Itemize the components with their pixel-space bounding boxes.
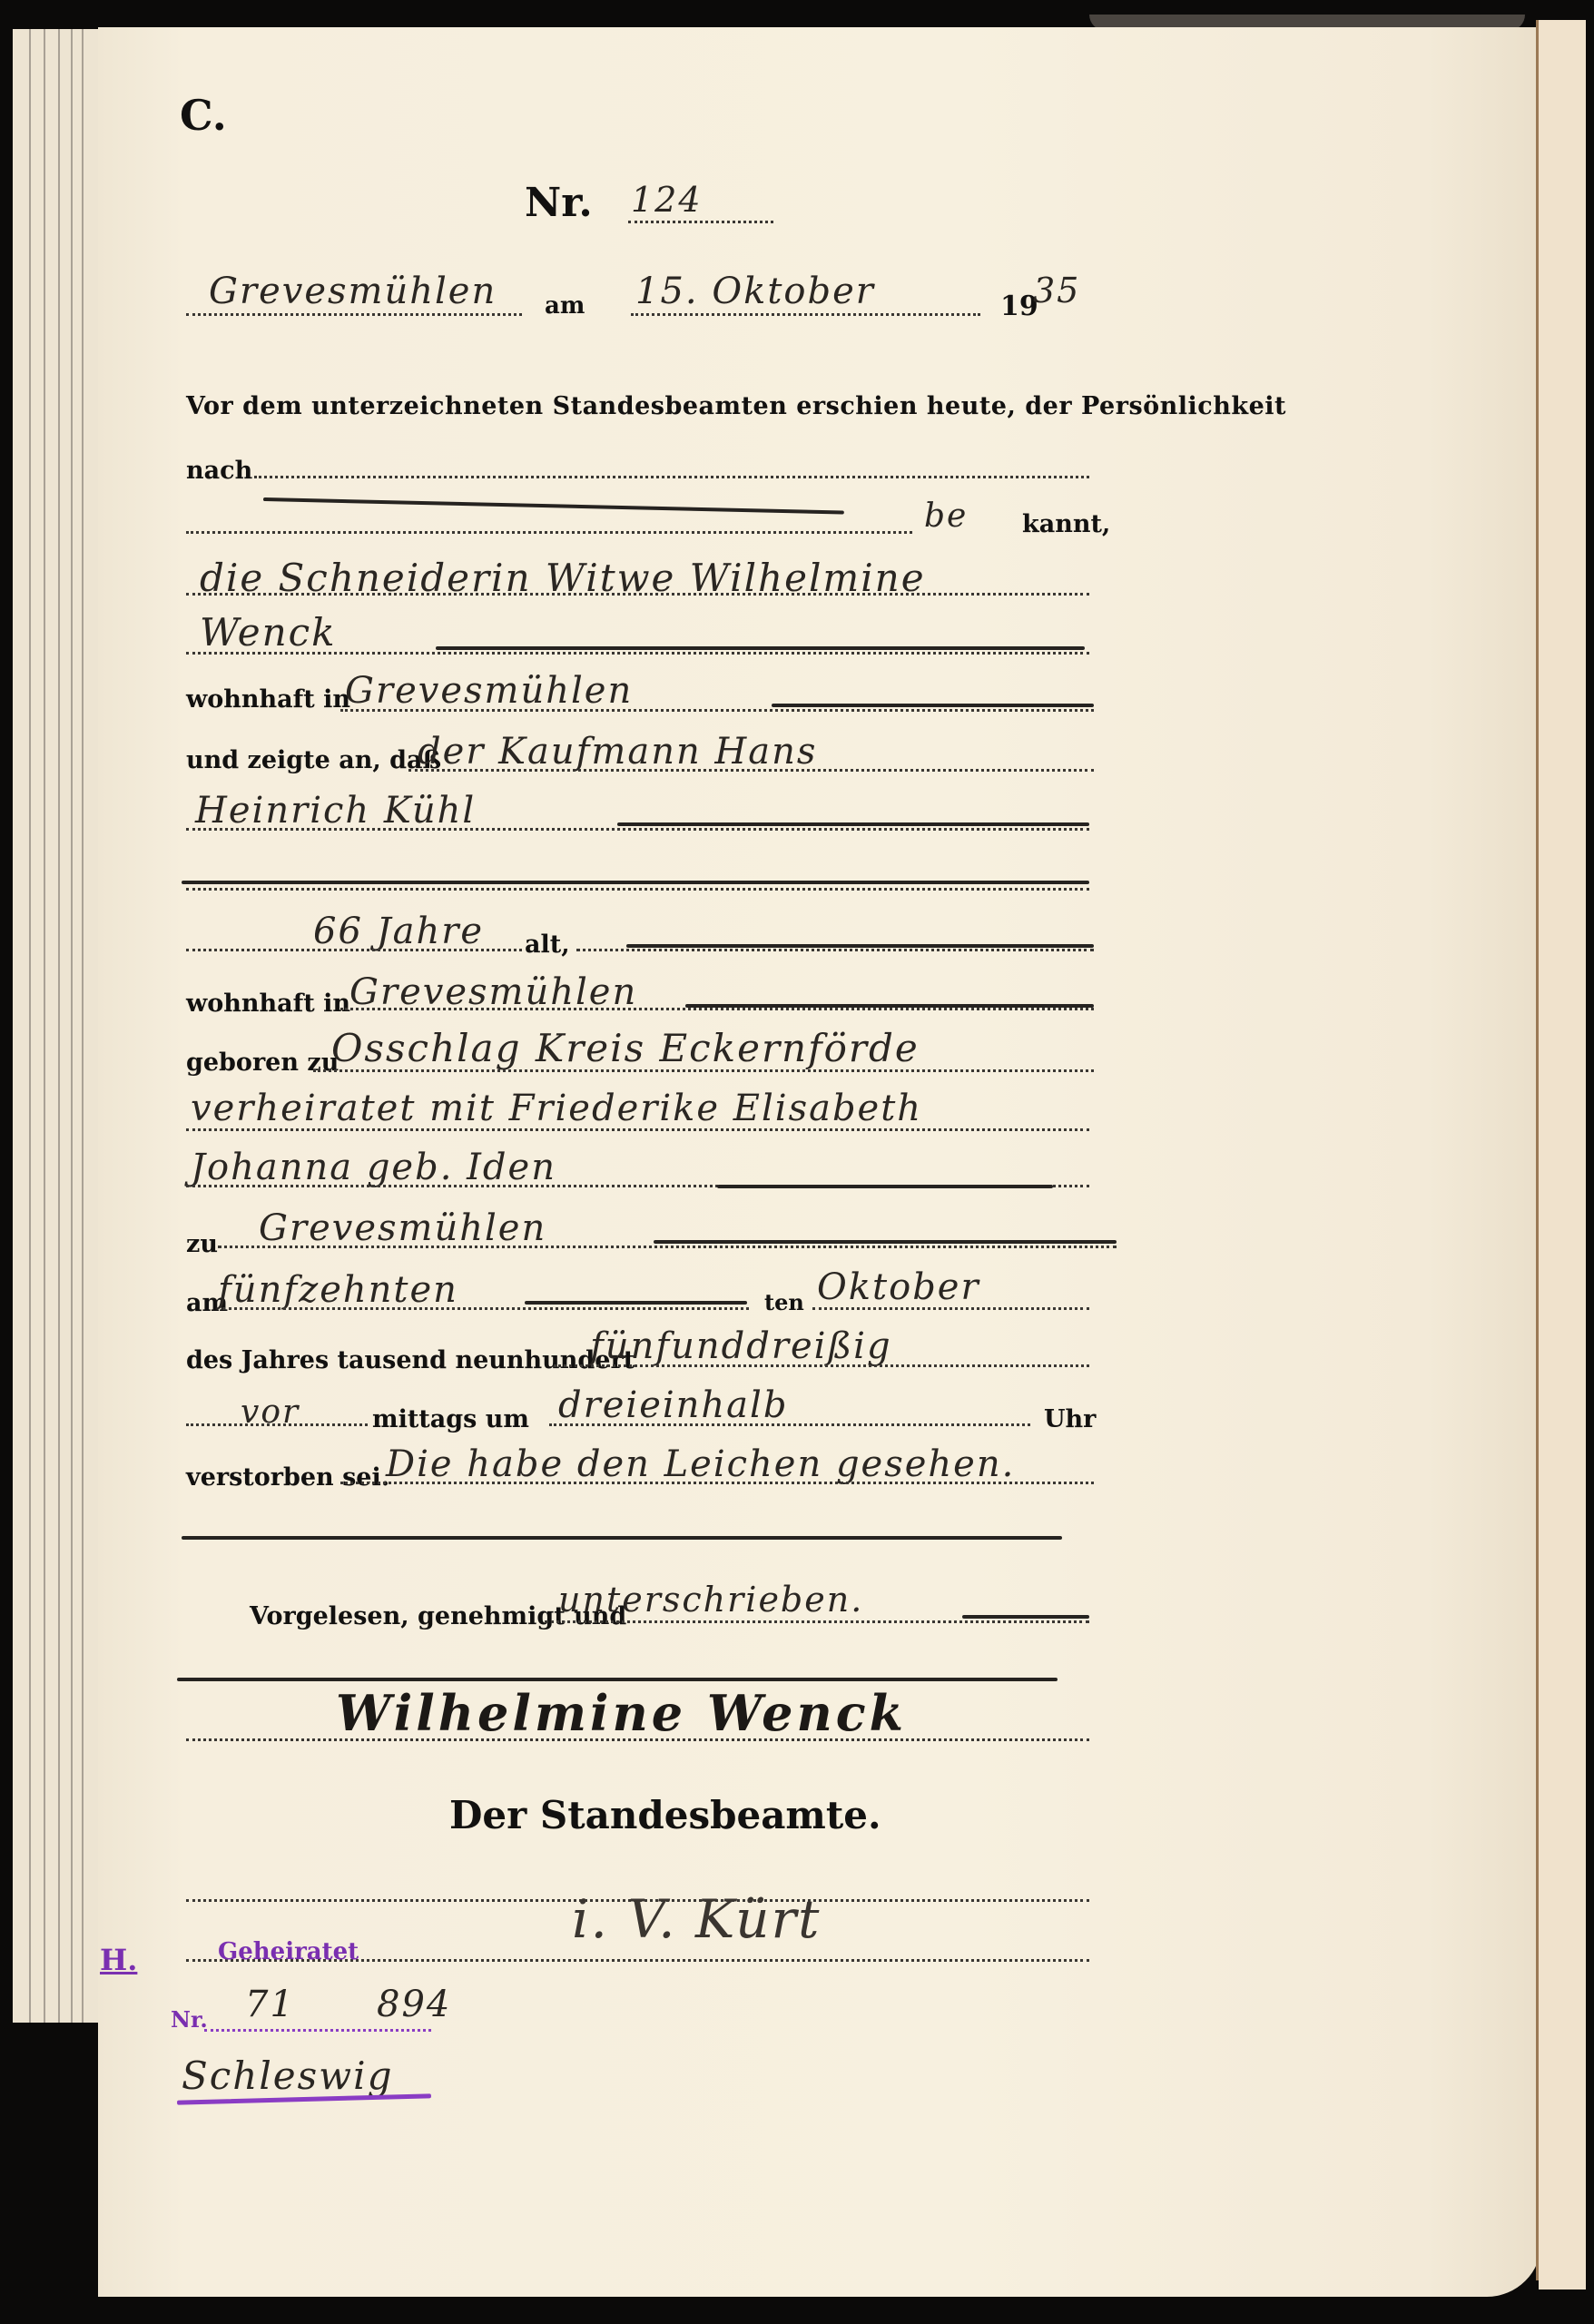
date-label: am xyxy=(545,292,585,320)
age-line-2 xyxy=(576,949,1094,951)
died-label: verstorben sei. xyxy=(186,1463,389,1492)
intro-text: Vor dem unterzeichneten Standesbeamten e… xyxy=(186,392,1286,420)
marital-line-1: verheiratet mit Friederike Elisabeth xyxy=(191,1088,922,1129)
uhr-label: Uhr xyxy=(1044,1405,1096,1433)
age-line xyxy=(186,949,522,951)
death-day-fill-bar xyxy=(525,1301,747,1305)
registrar-signature: i. V. Kürt xyxy=(572,1888,822,1950)
deceased-residence-fill-bar xyxy=(685,1004,1094,1008)
year-suffix: 35 xyxy=(1033,271,1080,310)
informant-line-1-rule xyxy=(186,593,1089,596)
informant-residence: Grevesmühlen xyxy=(345,670,633,712)
known-value: be xyxy=(924,497,968,535)
statement-line xyxy=(340,1482,1094,1484)
death-month-line xyxy=(812,1307,1089,1310)
number-line xyxy=(628,221,773,223)
noon-label: mittags um xyxy=(372,1405,529,1433)
birthplace-line xyxy=(313,1069,1094,1072)
born-label: geboren zu xyxy=(186,1049,339,1077)
marital-fill-bar xyxy=(717,1185,1053,1188)
known-line xyxy=(186,531,912,534)
announced-label: und zeigte an, daß xyxy=(186,746,441,774)
record-number-label: Nr. xyxy=(525,180,593,226)
informant-signature: Wilhelmine Wenck xyxy=(336,1684,907,1742)
residence-label: wohnhaft in xyxy=(186,685,350,714)
deceased-line-1: der Kaufmann Hans xyxy=(418,731,817,773)
place-value: Grevesmühlen xyxy=(209,271,497,312)
date-value: 15. Oktober xyxy=(635,271,875,312)
nach-label: nach xyxy=(186,457,252,485)
death-month-label: ten xyxy=(764,1289,804,1315)
next-page-edge xyxy=(1539,20,1586,2290)
read-line xyxy=(545,1620,1089,1623)
deceased-line-1-rule xyxy=(408,769,1094,772)
death-day: fünfzehnten xyxy=(218,1269,458,1311)
signature-line xyxy=(186,1738,1089,1741)
age-fill-bar xyxy=(626,944,1094,948)
death-month: Oktober xyxy=(817,1266,980,1308)
known-label: kannt, xyxy=(1022,510,1110,538)
deceased-line-2: Heinrich Kühl xyxy=(195,790,476,832)
year-text-line xyxy=(554,1364,1089,1367)
age-value: 66 Jahre xyxy=(313,911,484,952)
place-line xyxy=(186,313,522,316)
birthplace: Osschlag Kreis Eckernförde xyxy=(331,1026,920,1070)
deceased-line-2-rule xyxy=(186,828,1089,831)
registrar-label: Der Standesbeamte. xyxy=(449,1793,881,1837)
read-value: unterschrieben. xyxy=(558,1580,863,1620)
death-day-line xyxy=(222,1307,749,1310)
book-binding xyxy=(1536,20,1539,2280)
noon-prefix: vor xyxy=(241,1393,300,1431)
informant-line-2: Wenck xyxy=(200,610,337,655)
year-text: fünfunddreißig xyxy=(590,1325,892,1367)
marital-line-1-rule xyxy=(186,1128,1089,1131)
informant-fill-bar xyxy=(436,646,1085,650)
nach-line xyxy=(254,476,1089,478)
married-stamp: Geheiratet xyxy=(218,1938,359,1965)
death-place: Grevesmühlen xyxy=(259,1207,546,1249)
margin-year-value: 894 xyxy=(377,1984,451,2025)
death-place-label: zu xyxy=(186,1230,218,1258)
section-letter: C. xyxy=(180,91,227,140)
read-fill-bar xyxy=(962,1615,1089,1619)
deceased-fill-bar xyxy=(617,822,1089,826)
time-line xyxy=(549,1423,1030,1426)
death-place-fill-bar xyxy=(654,1240,1117,1244)
residence-fill-bar xyxy=(772,704,1094,707)
deceased-residence-label: wohnhaft in xyxy=(186,990,350,1018)
deceased-residence-line xyxy=(340,1008,1094,1010)
blank-line xyxy=(186,888,1089,891)
margin-letter: H. xyxy=(100,1943,137,1977)
death-place-line xyxy=(218,1246,1117,1248)
margin-nr-line xyxy=(204,2029,431,2032)
margin-nr-value: 71 xyxy=(245,1984,295,2025)
blank-fill-bar xyxy=(182,881,1089,884)
marital-line-2: Johanna geb. Iden xyxy=(191,1147,556,1188)
residence-line xyxy=(340,709,1094,712)
margin-nr-label: Nr. xyxy=(171,2006,208,2033)
age-label: alt, xyxy=(525,931,570,959)
date-line xyxy=(631,313,980,316)
year-text-label: des Jahres tausend neunhundert xyxy=(186,1346,635,1374)
margin-place: Schleswig xyxy=(182,2053,393,2098)
informant-statement: Die habe den Leichen gesehen. xyxy=(386,1443,1015,1485)
informant-line-2-rule xyxy=(186,652,1089,655)
statement-fill-bar xyxy=(182,1536,1062,1540)
read-blank-bar xyxy=(177,1678,1058,1681)
time-text: dreieinhalb xyxy=(558,1384,788,1426)
record-number-value: 124 xyxy=(631,180,703,220)
